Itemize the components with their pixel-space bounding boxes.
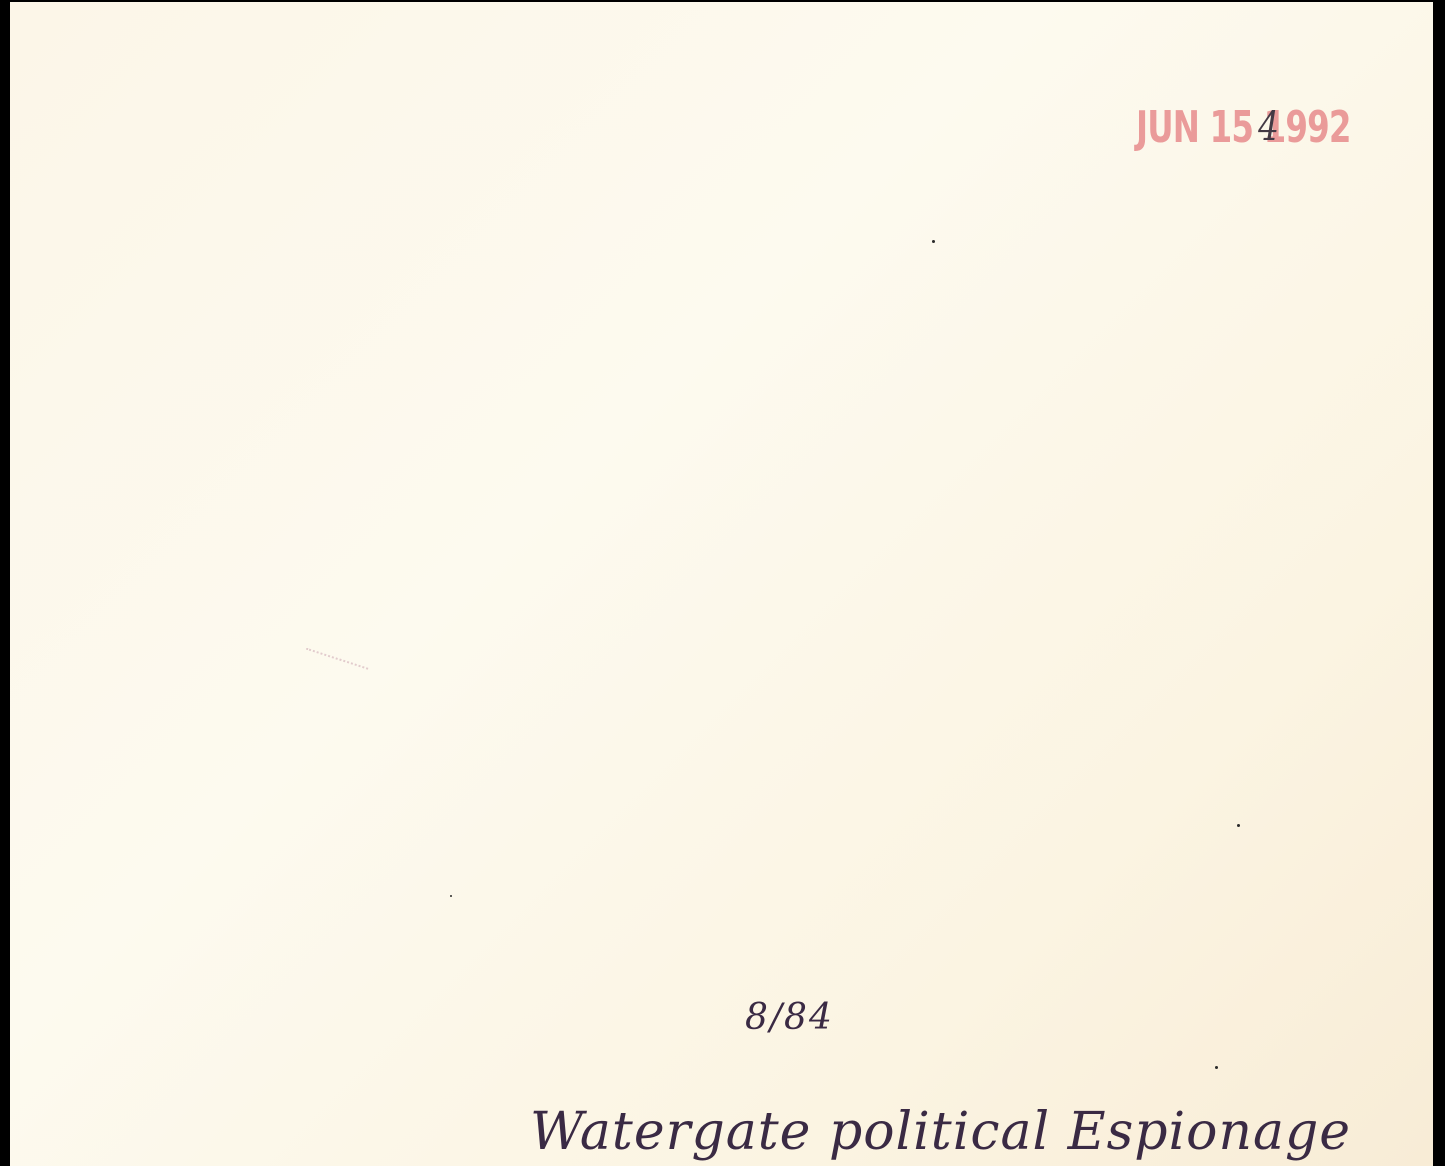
stamp-handwritten-correction: 4 — [1258, 104, 1278, 150]
date-stamp-text: JUN 15 1992 — [1136, 102, 1351, 153]
date-stamp: JUN 15 1992 4 — [1136, 102, 1351, 153]
photo-back-sheet: JUN 15 1992 4 8/84 Watergate political E… — [10, 2, 1433, 1166]
dust-speck — [1237, 824, 1240, 827]
handwritten-date-note: 8/84 — [745, 997, 834, 1038]
faint-pencil-mark — [297, 648, 369, 699]
dust-speck — [450, 895, 452, 897]
dust-speck — [932, 240, 935, 243]
dust-speck — [1215, 1066, 1218, 1069]
handwritten-caption: Watergate political Espionage — [530, 1102, 1351, 1162]
